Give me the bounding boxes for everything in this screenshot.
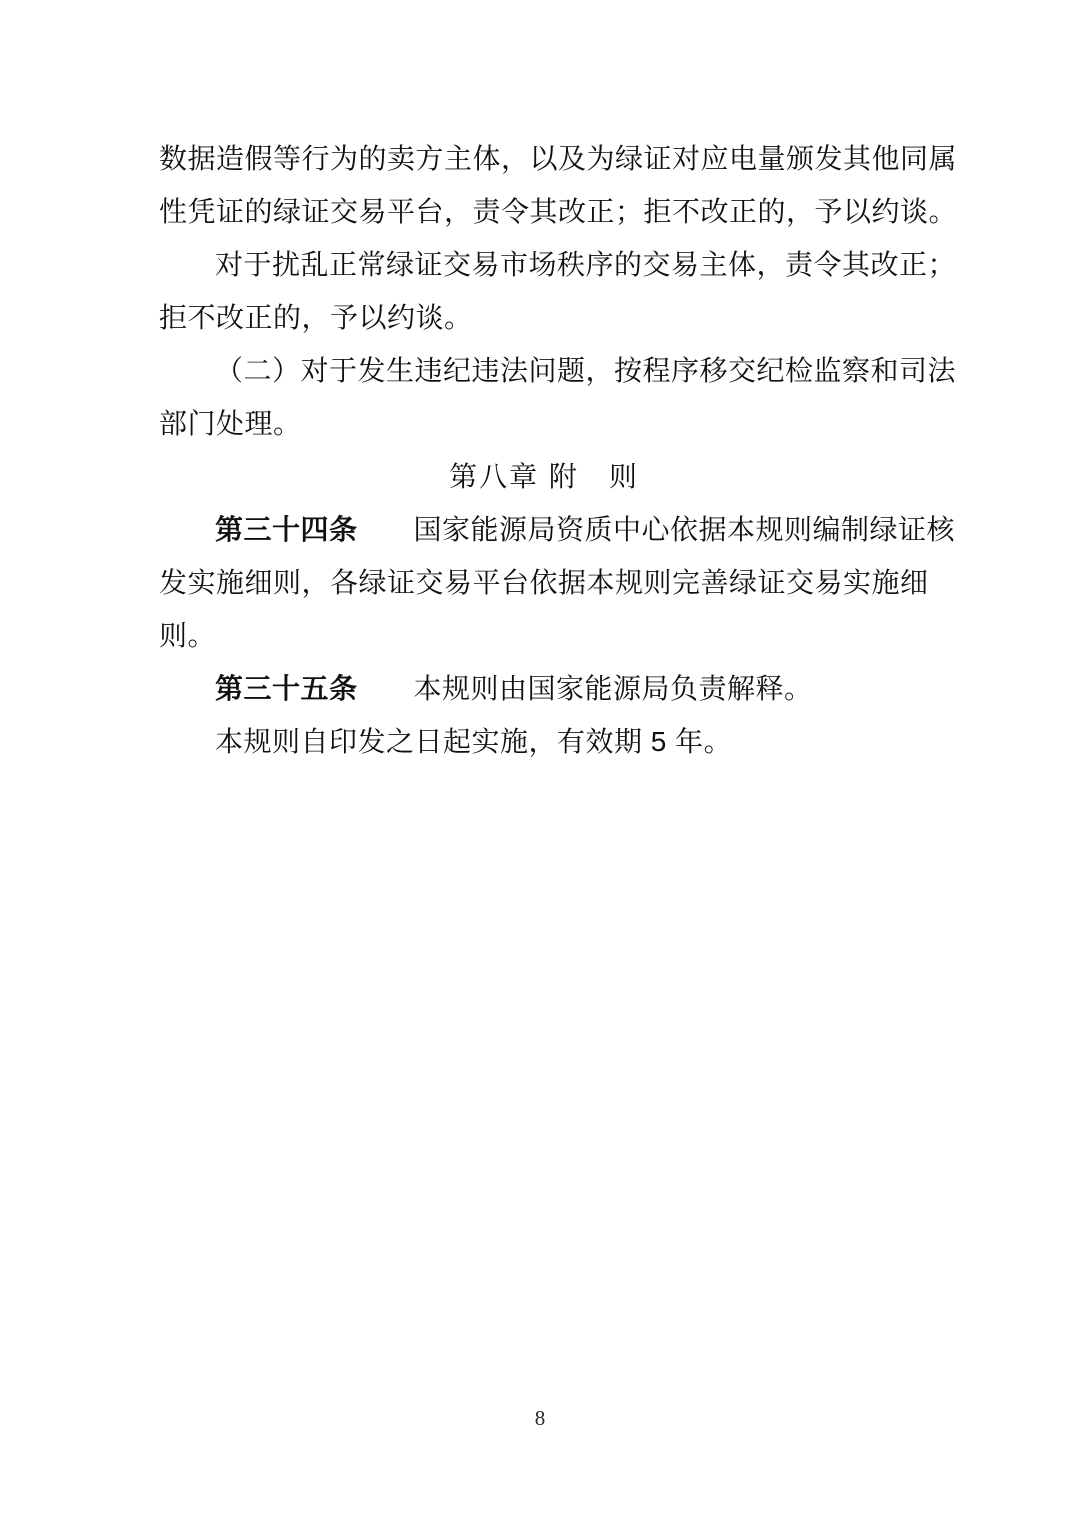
chapter-heading: 第八章 附 则 [159,450,929,503]
page-number: 8 [0,1406,1080,1431]
paragraph: 对于扰乱正常绿证交易市场秩序的交易主体，责令其改正； 拒不改正的，予以约谈。 [159,238,929,344]
article-35-text: 本规则由国家能源局负责解释。 [414,673,813,704]
article-35-paragraph: 第三十五条本规则由国家能源局负责解释。 [159,662,929,715]
paragraph-item-two: （二）对于发生违纪违法问题，按程序移交纪检监察和司法 部门处理。 [159,344,929,450]
article-35-number: 第三十五条 [215,673,358,704]
document-body: 数据造假等行为的卖方主体，以及为绿证对应电量颁发其他同属 性凭证的绿证交易平台，… [159,132,929,768]
paragraph-continuation: 数据造假等行为的卖方主体，以及为绿证对应电量颁发其他同属 性凭证的绿证交易平台，… [159,132,929,238]
article-34-paragraph: 第三十四条国家能源局资质中心依据本规则编制绿证核 发实施细则，各绿证交易平台依据… [159,503,929,662]
article-34-number: 第三十四条 [215,514,358,545]
document-page: 数据造假等行为的卖方主体，以及为绿证对应电量颁发其他同属 性凭证的绿证交易平台，… [0,0,1080,1527]
effective-date-paragraph: 本规则自印发之日起实施，有效期 5 年。 [159,715,929,768]
